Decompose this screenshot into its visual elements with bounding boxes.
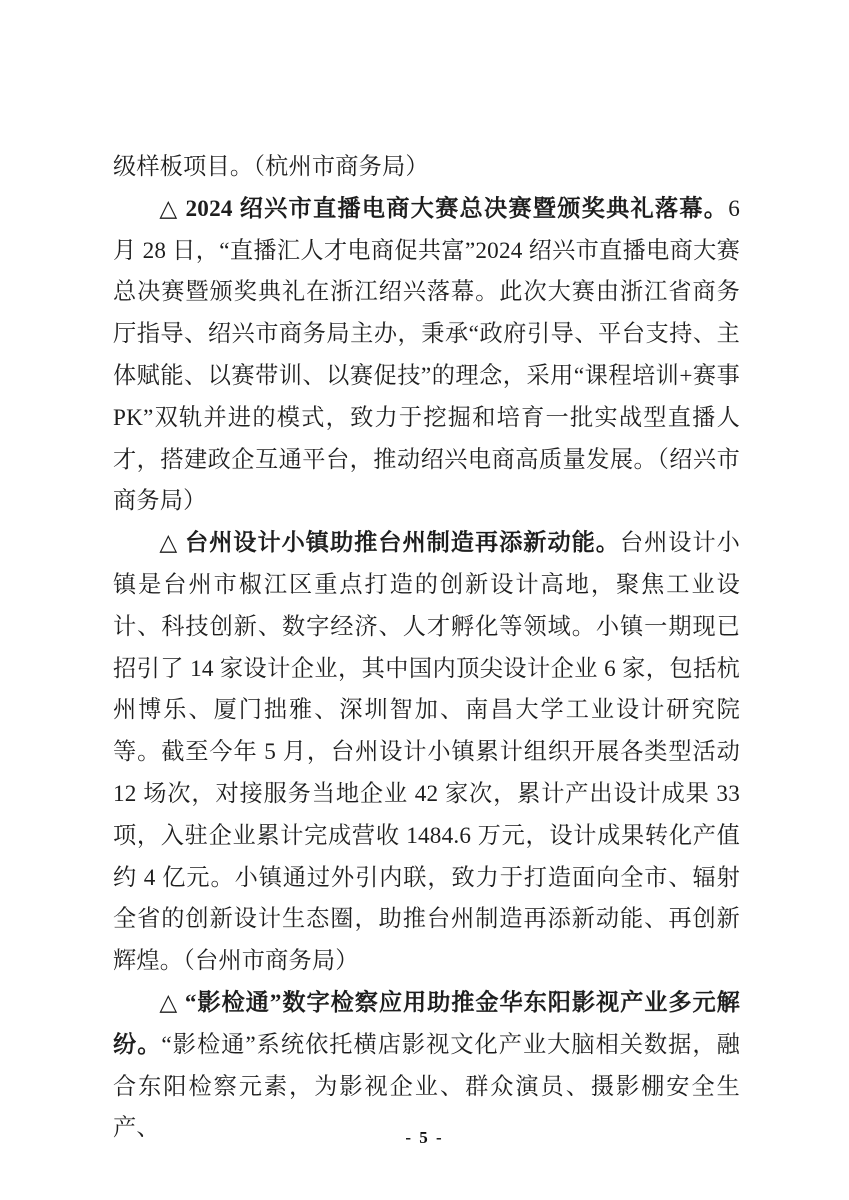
paragraph: △ 2024 绍兴市直播电商大赛总决赛暨颁奖典礼落幕。6 月 28 日，“直播汇… [113,189,740,523]
document-body: 级样板项目。（杭州市商务局）△ 2024 绍兴市直播电商大赛总决赛暨颁奖典礼落幕… [113,147,740,1150]
paragraph: △ 台州设计小镇助推台州制造再添新动能。台州设计小镇是台州市椒江区重点打造的创新… [113,523,740,983]
paragraph-text-segment: 台州设计小镇是台州市椒江区重点打造的创新设计高地，聚焦工业设计、科技创新、数字经… [113,530,740,974]
paragraph-text-segment: 6 月 28 日，“直播汇人才电商促共富”2024 绍兴市直播电商大赛总决赛暨颁… [113,196,740,515]
paragraph-heading-segment: △ 2024 绍兴市直播电商大赛总决赛暨颁奖典礼落幕。 [159,196,728,222]
paragraph-text-segment: 级样板项目。（杭州市商务局） [113,154,429,180]
paragraph: △ “影检通”数字检察应用助推金华东阳影视产业多元解纷。“影检通”系统依托横店影… [113,983,740,1150]
paragraph-text-segment: “影检通”系统依托横店影视文化产业大脑相关数据，融合东阳检察元素，为影视企业、群… [113,1032,740,1142]
document-page: 级样板项目。（杭州市商务局）△ 2024 绍兴市直播电商大赛总决赛暨颁奖典礼落幕… [0,0,849,1200]
paragraph-heading-segment: △ 台州设计小镇助推台州制造再添新动能。 [159,530,620,556]
paragraph: 级样板项目。（杭州市商务局） [113,147,740,189]
page-number: - 5 - [0,1128,849,1148]
